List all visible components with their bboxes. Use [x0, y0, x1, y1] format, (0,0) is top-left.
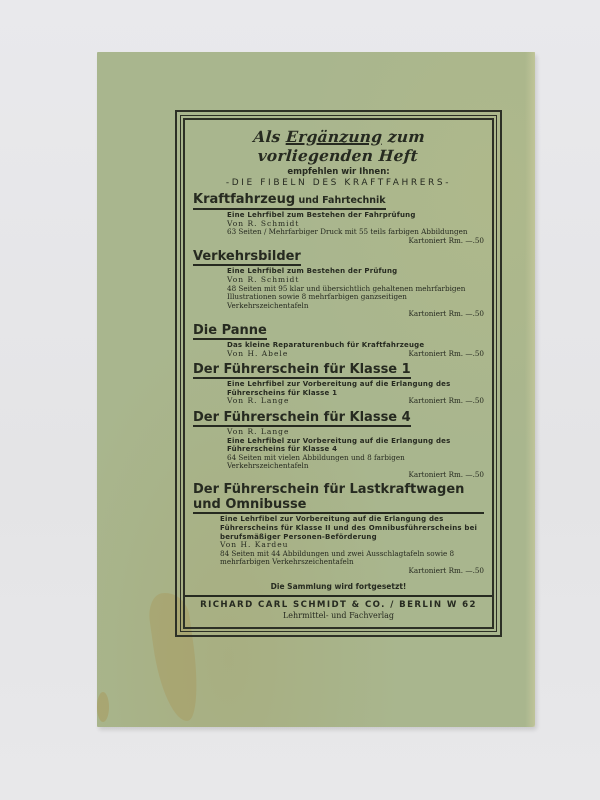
book-price: Kartoniert Rm. —.50: [220, 567, 484, 576]
book-details: Eine Lehrfibel zur Vorbereitung auf die …: [227, 380, 484, 406]
book-title: Kraftfahrzeug und Fahrtechnik: [193, 192, 386, 210]
headline-underlined: Ergänzung: [286, 127, 383, 146]
book-subtitle: Eine Lehrfibel zur Vorbereitung auf die …: [220, 515, 484, 541]
book-entry: Der Führerschein für Klasse 4 Von R. Lan…: [193, 406, 484, 480]
book-price: Kartoniert Rm. —.50: [408, 397, 484, 406]
book-description: 64 Seiten mit vielen Abbildungen und 8 f…: [227, 454, 484, 471]
author-price-row: Von R. Lange Kartoniert Rm. —.50: [227, 397, 484, 406]
publisher-block: RICHARD CARL SCHMIDT & CO. / BERLIN W 62…: [185, 595, 492, 620]
publisher-tagline: Lehrmittel- und Fachverlag: [185, 611, 492, 620]
book-author: Von R. Lange: [227, 428, 484, 437]
book-title: Der Führerschein für Klasse 1: [193, 362, 411, 379]
book-price: Kartoniert Rm. —.50: [227, 310, 484, 319]
series-title: -DIE FIBELN DES KRAFTFAHRERS-: [193, 178, 484, 188]
book-author: Von R. Lange: [227, 397, 289, 406]
book-price: Kartoniert Rm. —.50: [408, 350, 484, 359]
book-entry: Der Führerschein für Klasse 1 Eine Lehrf…: [193, 358, 484, 406]
book-entry: Die Panne Das kleine Reparaturenbuch für…: [193, 319, 484, 358]
publisher-name: RICHARD CARL SCHMIDT & CO. / BERLIN W 62: [185, 600, 492, 610]
water-stain-edge: [97, 692, 109, 722]
author-price-row: Von H. Abele Kartoniert Rm. —.50: [227, 350, 484, 359]
book-title: Die Panne: [193, 323, 267, 340]
book-description: 84 Seiten mit 44 Abbildungen und zwei Au…: [220, 550, 484, 567]
book-entry: Kraftfahrzeug und Fahrtechnik Eine Lehrf…: [193, 188, 484, 245]
recommend-line: empfehlen wir Ihnen:: [193, 167, 484, 177]
book-entry: Der Führerschein für Lastkraftwagen und …: [193, 482, 484, 575]
book-author: Von H. Abele: [227, 350, 288, 359]
headline: Als Ergänzung zum vorliegenden Heft: [192, 127, 486, 165]
book-title: Verkehrsbilder: [193, 249, 301, 266]
book-details: Eine Lehrfibel zur Vorbereitung auf die …: [220, 515, 484, 575]
frame-content: Als Ergänzung zum vorliegenden Heft empf…: [183, 118, 494, 629]
book-price: Kartoniert Rm. —.50: [227, 237, 484, 246]
book-details: Das kleine Reparaturenbuch für Kraftfahr…: [227, 341, 484, 358]
book-description: 48 Seiten mit 95 klar und übersichtlich …: [227, 285, 484, 311]
book-subtitle: Eine Lehrfibel zur Vorbereitung auf die …: [227, 437, 484, 454]
headline-text: Als: [253, 127, 287, 146]
book-entry: Verkehrsbilder Eine Lehrfibel zum Besteh…: [193, 245, 484, 319]
book-subtitle: Eine Lehrfibel zur Vorbereitung auf die …: [227, 380, 484, 397]
book-title-main: Kraftfahrzeug: [193, 192, 295, 207]
advertisement-frame: Als Ergänzung zum vorliegenden Heft empf…: [175, 110, 502, 637]
book-title: Der Führerschein für Lastkraftwagen und …: [193, 482, 484, 514]
book-price: Kartoniert Rm. —.50: [227, 471, 484, 480]
book-title-suffix: und Fahrtechnik: [295, 195, 385, 206]
frame-inner-rule: Als Ergänzung zum vorliegenden Heft empf…: [180, 115, 497, 632]
book-details: Von R. Lange Eine Lehrfibel zur Vorberei…: [227, 428, 484, 480]
book-details: Eine Lehrfibel zum Bestehen der Prüfung …: [227, 267, 484, 319]
book-title: Der Führerschein für Klasse 4: [193, 410, 411, 427]
cover-edge: [525, 52, 535, 727]
series-continued-note: Die Sammlung wird fortgesetzt!: [193, 582, 484, 591]
book-details: Eine Lehrfibel zum Bestehen der Fahrprüf…: [227, 211, 484, 245]
